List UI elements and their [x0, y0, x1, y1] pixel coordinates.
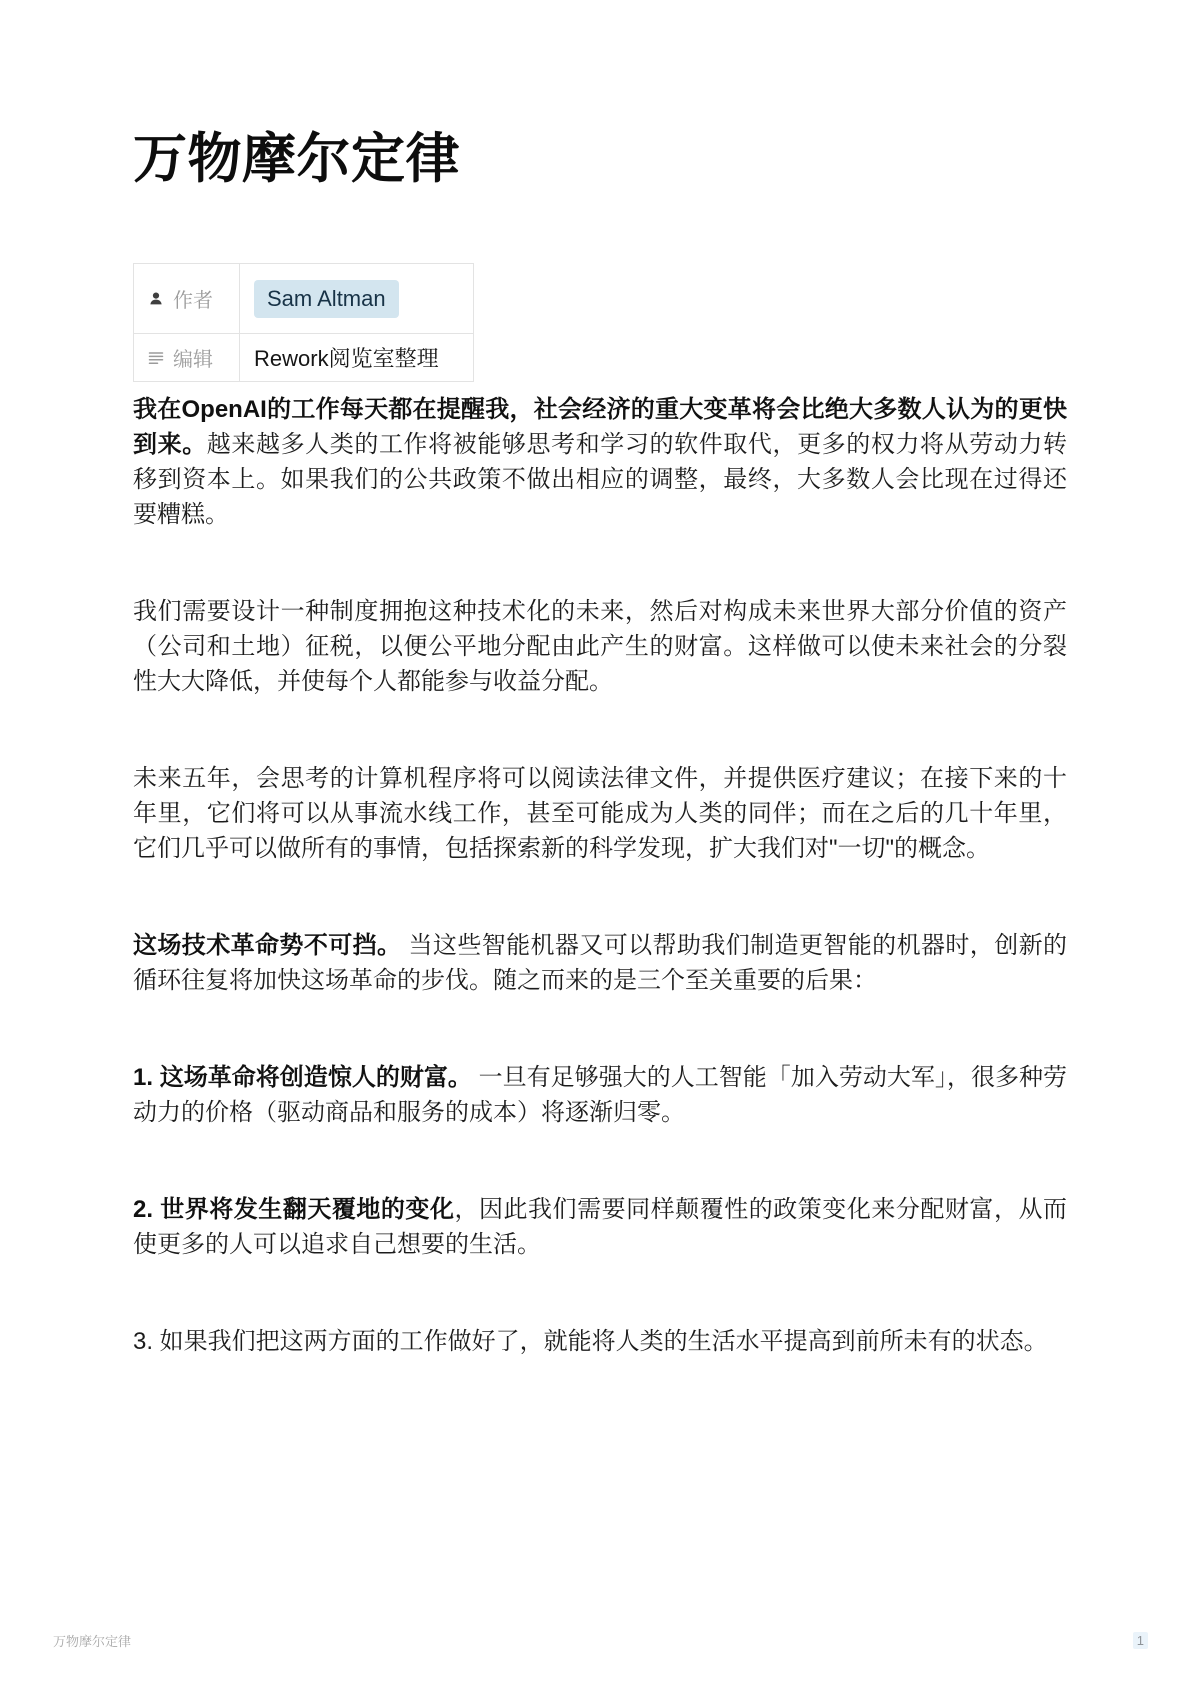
property-value-cell: Rework阅览室整理 [240, 334, 474, 382]
paragraph-5: 1. 这场革命将创造惊人的财富。 一旦有足够强大的人工智能「加入劳动大军」，很多… [133, 1060, 1067, 1130]
footer-doc-title: 万物摩尔定律 [53, 1631, 131, 1650]
person-icon [148, 291, 164, 307]
paragraph-6-bold: 2. 世界将发生翻天覆地的变化 [133, 1196, 454, 1223]
table-row: 作者 Sam Altman [134, 264, 474, 334]
editor-value: Rework阅览室整理 [254, 346, 439, 371]
author-tag: Sam Altman [254, 280, 399, 318]
paragraph-2-text: 我们需要设计一种制度拥抱这种技术化的未来，然后对构成未来世界大部分价值的资产（公… [133, 598, 1067, 695]
page-title: 万物摩尔定律 [133, 127, 1067, 192]
paragraph-5-bold: 1. 这场革命将创造惊人的财富。 [133, 1064, 472, 1091]
paragraph-2: 我们需要设计一种制度拥抱这种技术化的未来，然后对构成未来世界大部分价值的资产（公… [133, 594, 1067, 699]
property-label: 编辑 [173, 343, 213, 372]
document-page: 万物摩尔定律 作者 [0, 0, 1200, 1698]
properties-table: 作者 Sam Altman [133, 263, 474, 382]
paragraph-4-bold: 这场技术革命势不可挡。 [133, 932, 401, 959]
paragraph-1: 我在OpenAI的工作每天都在提醒我，社会经济的重大变革将会比绝大多数人认为的更… [133, 392, 1067, 532]
table-row: 编辑 Rework阅览室整理 [134, 334, 474, 382]
property-value-cell: Sam Altman [240, 264, 474, 334]
paragraph-7: 3. 如果我们把这两方面的工作做好了，就能将人类的生活水平提高到前所未有的状态。 [133, 1324, 1067, 1359]
page-content: 万物摩尔定律 作者 [0, 0, 1200, 1359]
page-footer: 万物摩尔定律 1 [53, 1631, 1148, 1650]
paragraph-3: 未来五年，会思考的计算机程序将可以阅读法律文件，并提供医疗建议；在接下来的十年里… [133, 761, 1067, 866]
text-lines-icon [148, 350, 164, 366]
page-number: 1 [1133, 1632, 1148, 1649]
paragraph-6: 2. 世界将发生翻天覆地的变化，因此我们需要同样颠覆性的政策变化来分配财富，从而… [133, 1192, 1067, 1262]
property-label-cell: 作者 [134, 264, 240, 334]
property-label: 作者 [173, 284, 213, 313]
paragraph-3-text: 未来五年，会思考的计算机程序将可以阅读法律文件，并提供医疗建议；在接下来的十年里… [133, 765, 1067, 862]
paragraph-4: 这场技术革命势不可挡。 当这些智能机器又可以帮助我们制造更智能的机器时，创新的循… [133, 928, 1067, 998]
property-label-cell: 编辑 [134, 334, 240, 382]
paragraph-1-text: 越来越多人类的工作将被能够思考和学习的软件取代，更多的权力将从劳动力转移到资本上… [133, 431, 1067, 528]
paragraph-7-text: 3. 如果我们把这两方面的工作做好了，就能将人类的生活水平提高到前所未有的状态。 [133, 1328, 1048, 1355]
